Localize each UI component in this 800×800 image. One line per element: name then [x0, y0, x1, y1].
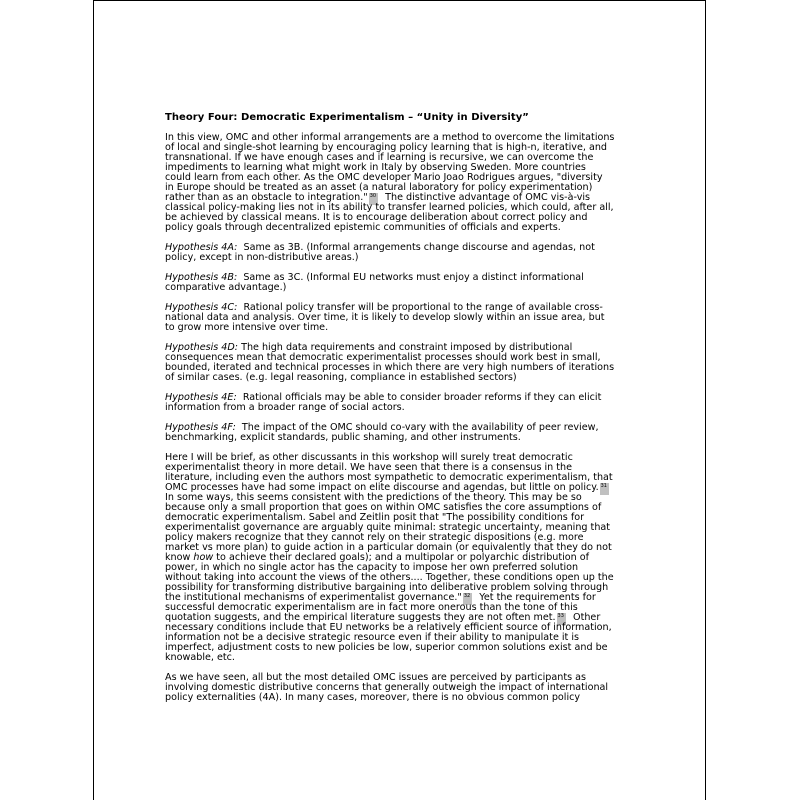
text-line: benchmarking, explicit standards, public…: [165, 433, 645, 443]
text-line: to grow more intensive over time.: [165, 323, 645, 333]
intro-paragraph: In this view, OMC and other informal arr…: [165, 133, 645, 233]
hypothesis-4e: Hypothesis 4E: Rational officials may be…: [165, 393, 645, 413]
text-line: policy externalities (4A). In many cases…: [165, 693, 645, 703]
page-content: Theory Four: Democratic Experimentalism …: [165, 112, 645, 703]
text-line: policy goals through decentralized epist…: [165, 223, 645, 233]
text-line: policy, except in non-distributive areas…: [165, 253, 645, 263]
text-line: imperfect, adjustment costs to new polic…: [165, 643, 645, 653]
text-line: comparative advantage.): [165, 283, 645, 293]
hypothesis-4b: Hypothesis 4B: Same as 3C. (Informal EU …: [165, 273, 645, 293]
discussion-paragraph: Here I will be brief, as other discussan…: [165, 453, 645, 663]
text-line: information from a broader range of soci…: [165, 403, 645, 413]
text-line: of similar cases. (e.g. legal reasoning,…: [165, 373, 645, 383]
hypothesis-4d: Hypothesis 4D: The high data requirement…: [165, 343, 645, 383]
hypothesis-4c: Hypothesis 4C: Rational policy transfer …: [165, 303, 645, 333]
hypothesis-4a: Hypothesis 4A: Same as 3B. (Informal arr…: [165, 243, 645, 263]
closing-paragraph: As we have seen, all but the most detail…: [165, 673, 645, 703]
text-line: knowable, etc.: [165, 653, 645, 663]
section-heading: Theory Four: Democratic Experimentalism …: [165, 112, 645, 124]
hypothesis-4f: Hypothesis 4F: The impact of the OMC sho…: [165, 423, 645, 443]
footnote-marker-31[interactable]: 31: [600, 483, 609, 495]
text-span: Same as 3C. (Informal EU networks must e…: [237, 272, 584, 283]
